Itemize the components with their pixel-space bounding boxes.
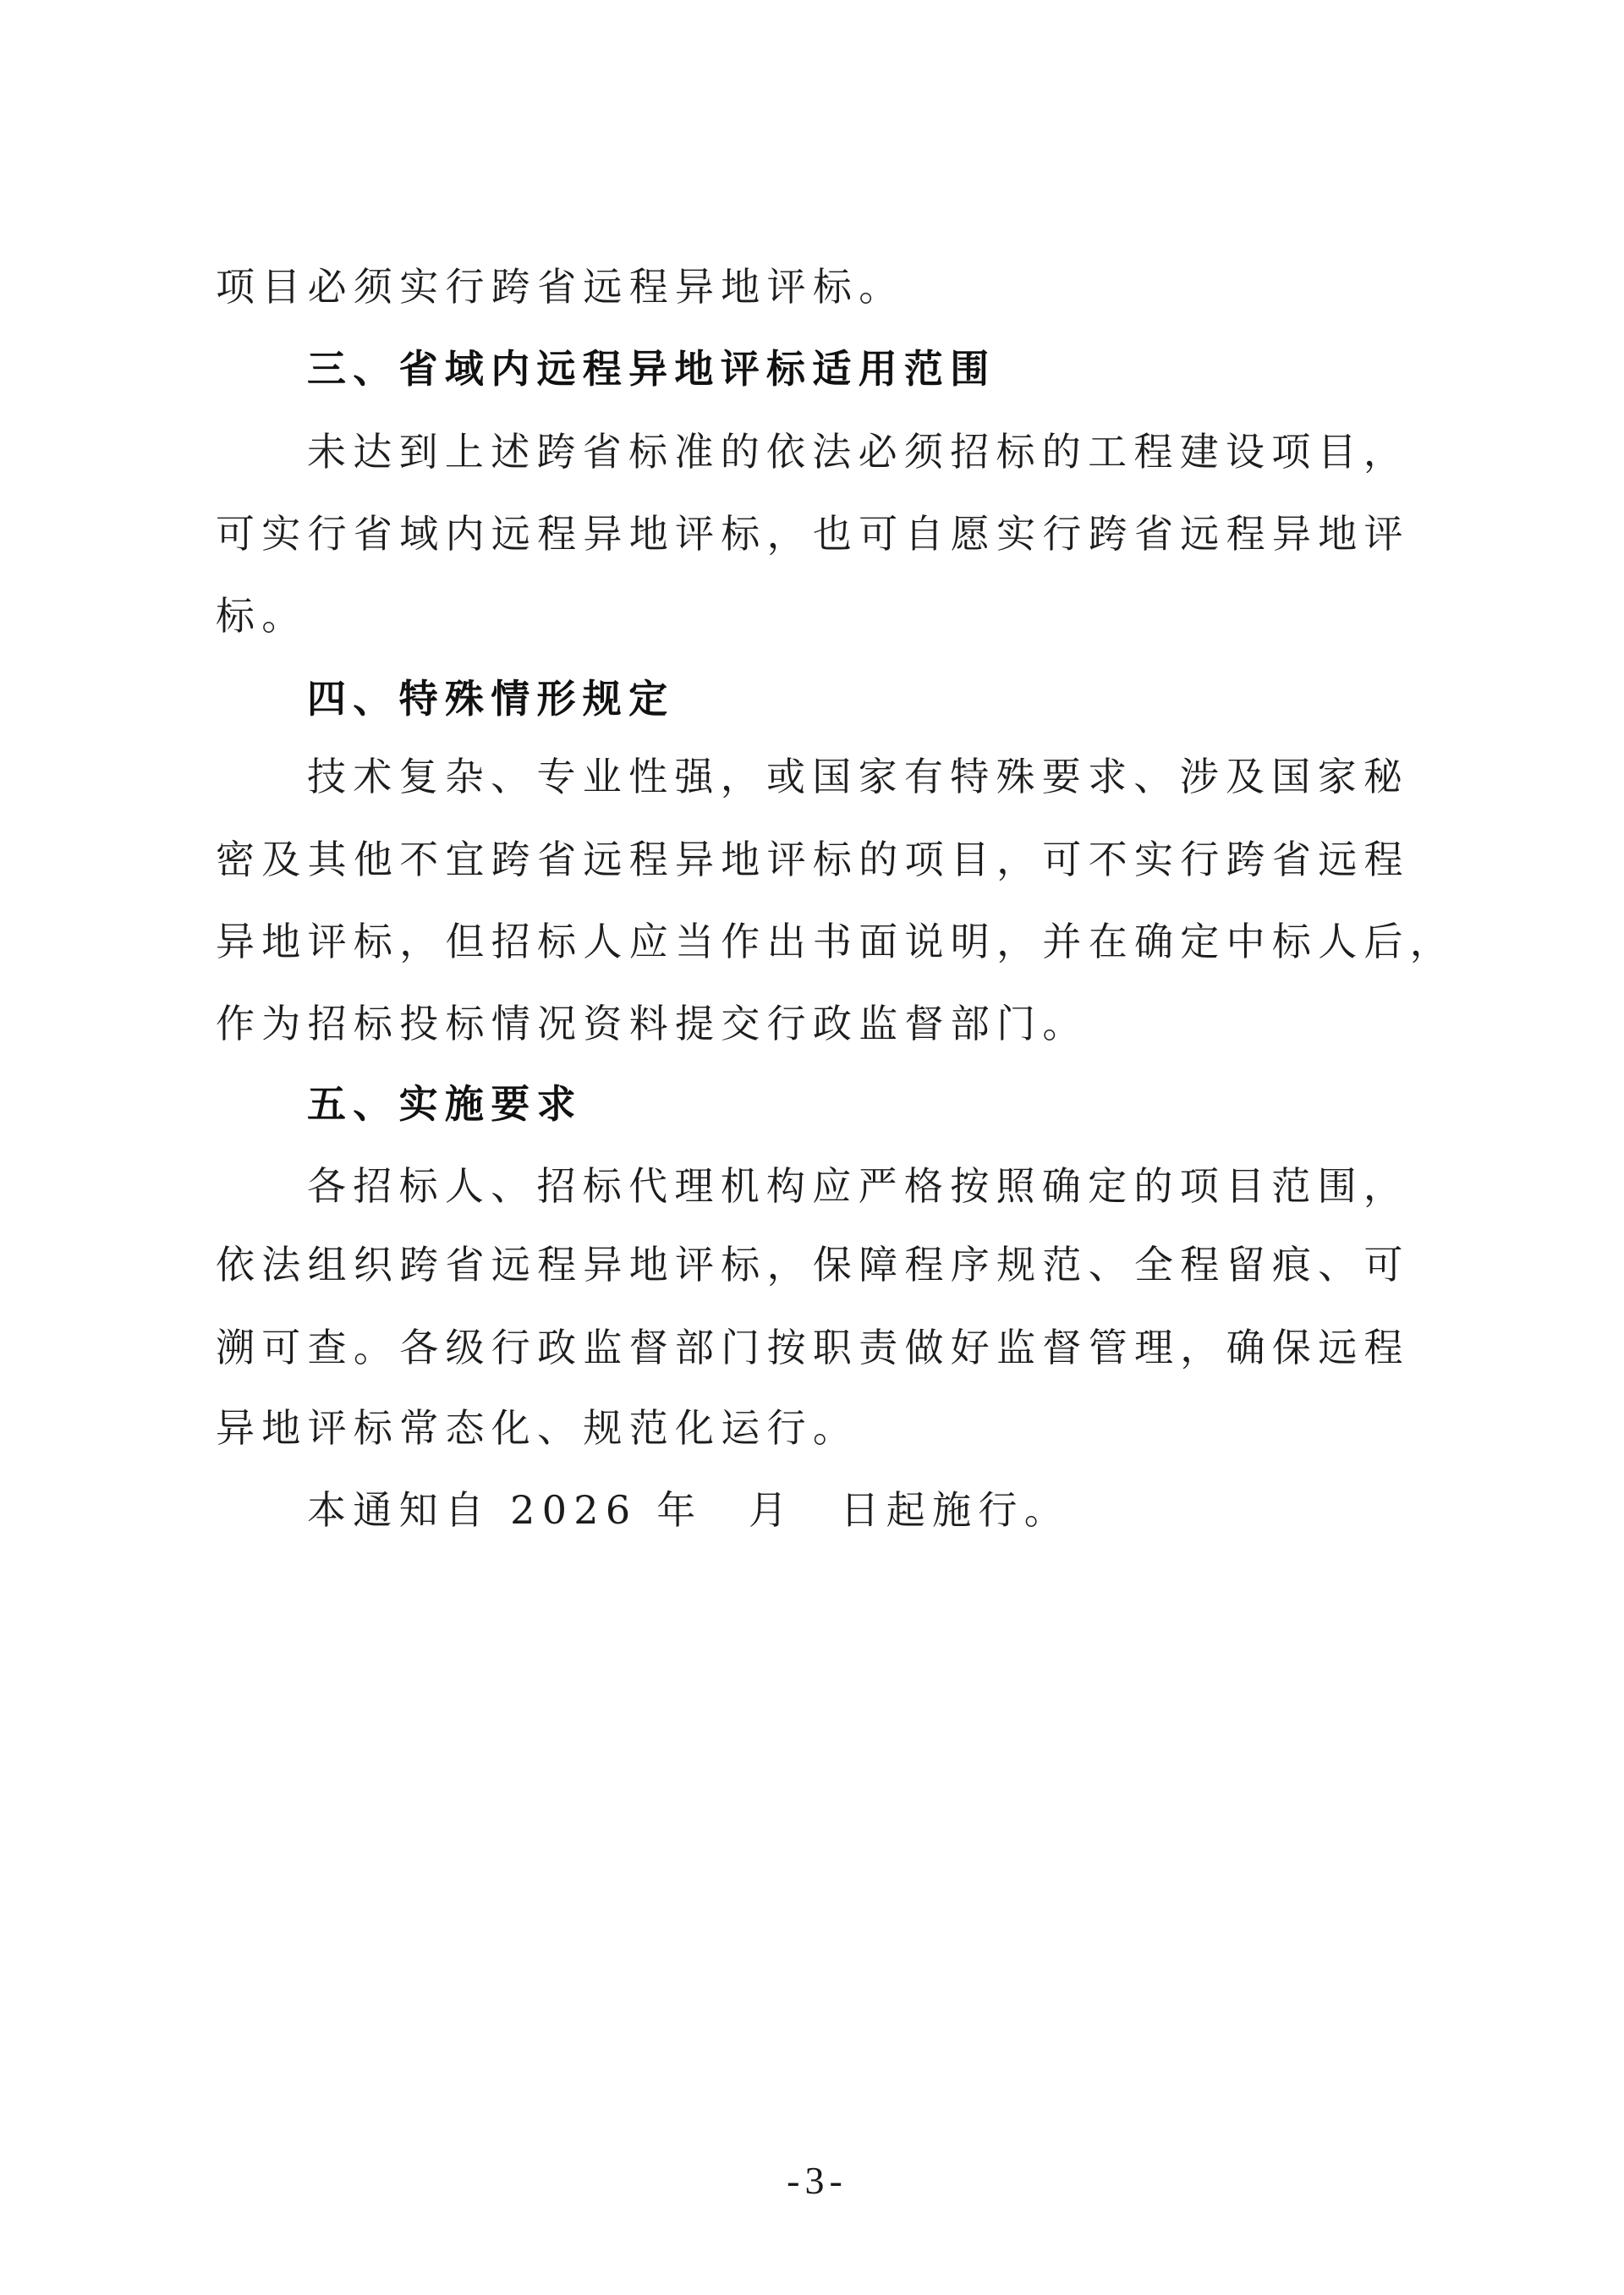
body-line: 异地评标，但招标人应当作出书面说明，并在确定中标人后，	[216, 916, 1456, 967]
effective-date-line: 本通知自 2026 年 月 日起施行。	[307, 1485, 1070, 1535]
section-heading-3: 三、省域内远程异地评标适用范围	[307, 343, 996, 394]
section-heading-4: 四、特殊情形规定	[307, 673, 674, 724]
body-line: 标。	[216, 590, 308, 641]
body-line: 项目必须实行跨省远程异地评标。	[216, 261, 905, 312]
document-page: 项目必须实行跨省远程异地评标。 三、省域内远程异地评标适用范围 未达到上述跨省标…	[0, 0, 1624, 2295]
body-line: 可实行省域内远程异地评标，也可自愿实行跨省远程异地评	[216, 508, 1410, 559]
body-line: 密及其他不宜跨省远程异地评标的项目，可不实行跨省远程	[216, 834, 1410, 885]
body-line: 异地评标常态化、规范化运行。	[216, 1403, 859, 1453]
body-line: 溯可查。各级行政监督部门按职责做好监督管理，确保远程	[216, 1322, 1410, 1373]
body-line: 技术复杂、专业性强，或国家有特殊要求、涉及国家秘	[307, 751, 1409, 802]
page-number: -3-	[0, 2155, 1624, 2206]
body-line: 依法组织跨省远程异地评标，保障程序规范、全程留痕、可	[216, 1239, 1410, 1290]
body-line: 各招标人、招标代理机构应严格按照确定的项目范围，	[307, 1161, 1409, 1211]
body-line: 未达到上述跨省标准的依法必须招标的工程建设项目，	[307, 426, 1409, 477]
section-heading-5: 五、实施要求	[307, 1079, 583, 1129]
body-line: 作为招标投标情况资料提交行政监督部门。	[216, 998, 1089, 1049]
